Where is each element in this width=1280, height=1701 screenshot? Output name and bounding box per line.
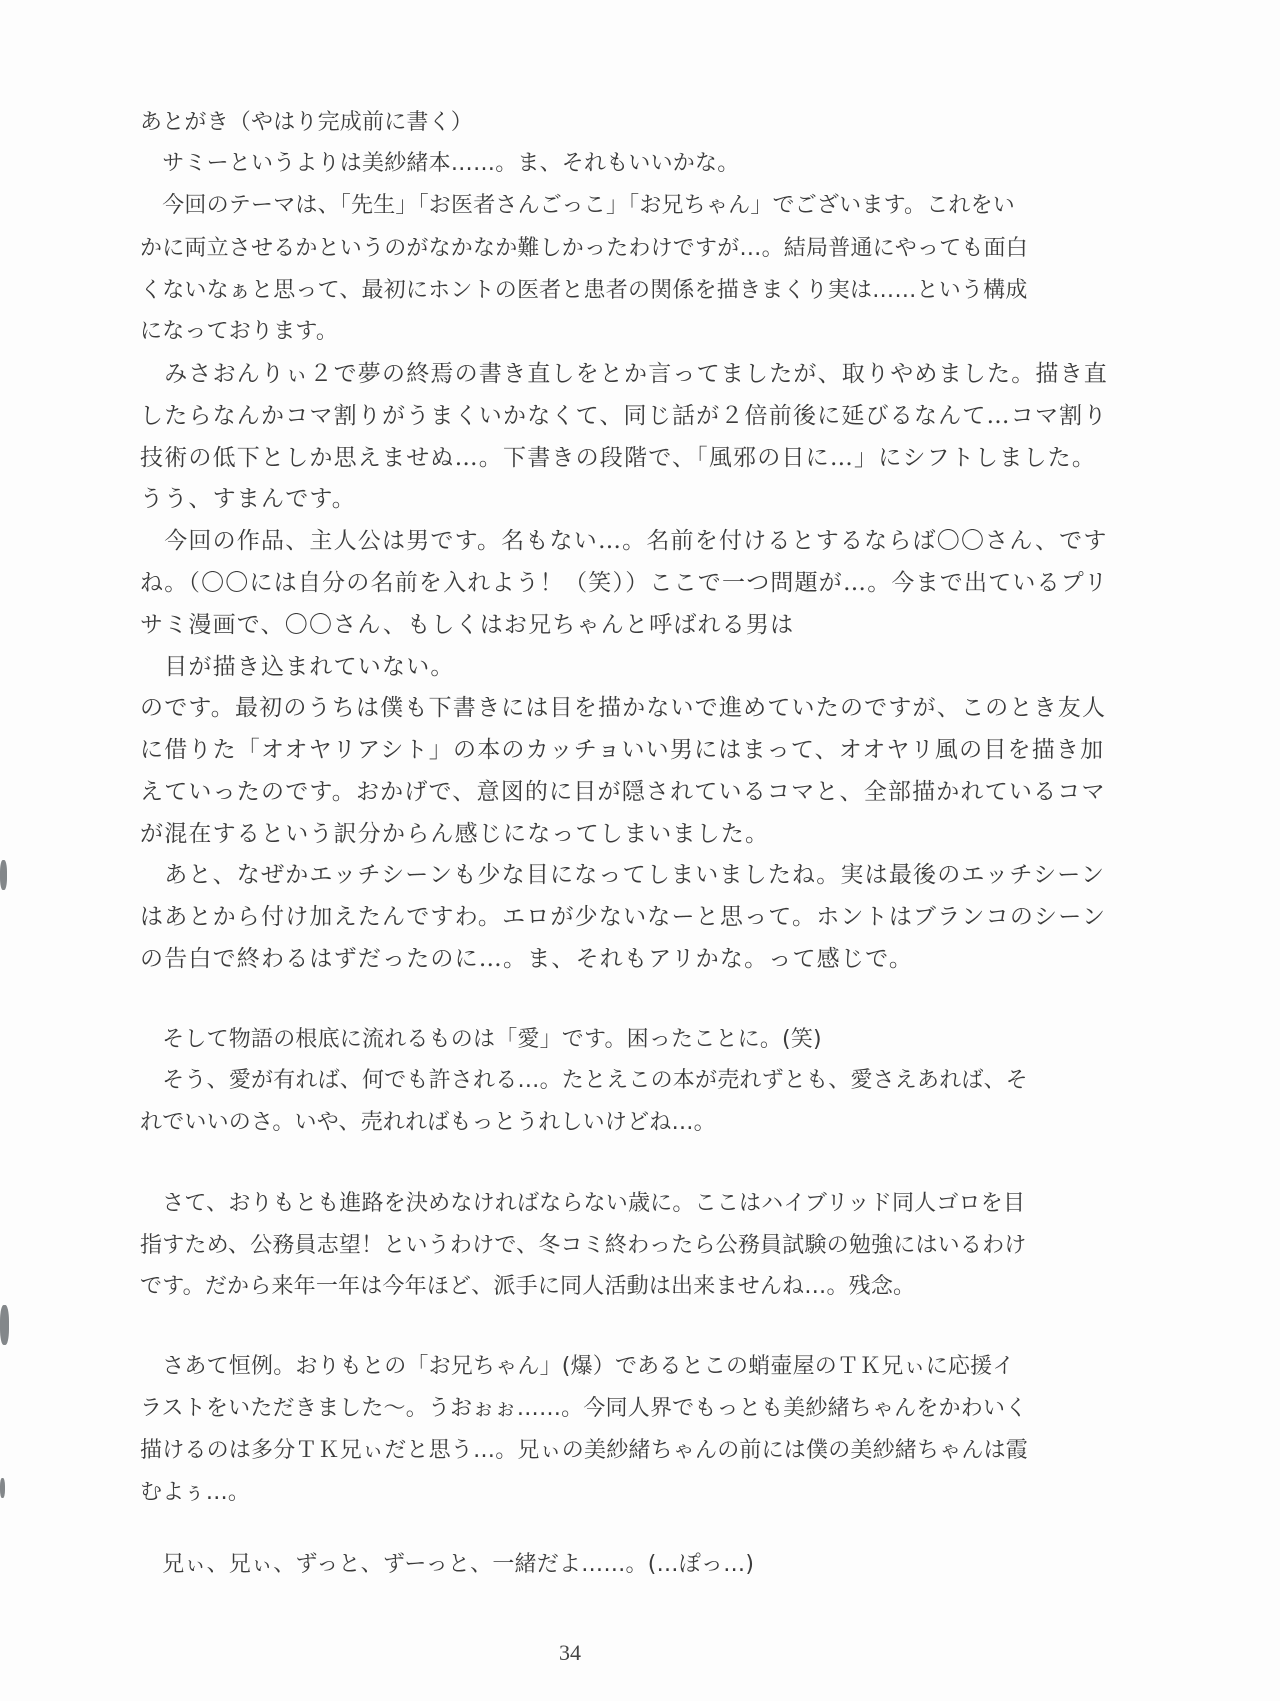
text-line: 指すため、公務員志望！というわけで、冬コミ終わったら公務員試験の勉強にはいるわけ (140, 1231, 1026, 1261)
text-line: の告白で終わるはずだったのに…。ま、それもアリかな。って感じで。 (140, 944, 913, 974)
text-line: サミ漫画で、〇〇さん、もしくはお兄ちゃんと呼ばれる男は (140, 610, 794, 640)
text-line: えていったのです。おかげで、意図的に目が隠されているコマと、全部描かれているコマ (140, 777, 1106, 807)
text-line: 兄ぃ、兄ぃ、ずっと、ずーっと、一緒だよ……。(…ぽっ…) (140, 1550, 754, 1580)
text-line: さあて恒例。おりもとの「お兄ちゃん」(爆）であるとこの蛸壷屋のＴＫ兄ぃに応援イ (140, 1352, 1015, 1382)
scanned-page: あとがき（やはり完成前に書く） サミーというよりは美紗緒本……。ま、それもいいか… (0, 0, 1280, 1701)
text-line: 今回のテーマは、「先生」「お医者さんごっこ」「お兄ちゃん」でございます。これをい (140, 191, 1015, 221)
text-line: 描けるのは多分ＴＫ兄ぃだと思う…。兄ぃの美紗緒ちゃんの前には僕の美紗緒ちゃんは霞 (140, 1436, 1028, 1466)
text-line: 今回の作品、主人公は男です。名もない…。名前を付けるとするならば〇〇さん、です (140, 526, 1108, 556)
text-line: あと、なぜかエッチシーンも少な目になってしまいましたね。実は最後のエッチシーン (140, 860, 1105, 890)
text-line: 技術の低下としか思えませぬ…。下書きの段階で、「風邪の日に…」にシフトしました。 (140, 443, 1096, 473)
afterword-title: あとがき（やはり完成前に書く） (140, 108, 473, 138)
text-line: はあとから付け加えたんですわ。エロが少ないなーと思って。ホントはブランコのシーン (140, 902, 1106, 932)
text-line: そう、愛が有れば、何でも許される…。たとえこの本が売れずとも、愛さえあれば、そ (140, 1066, 1028, 1096)
page-number: 34 (0, 1640, 1140, 1666)
text-line: ね。（〇〇には自分の名前を入れよう！（笑））ここで一つ問題が…。今まで出ているプ… (140, 568, 1108, 598)
text-line: みさおんりぃ２で夢の終焉の書き直しをとか言ってましたが、取りやめました。描き直 (140, 359, 1108, 389)
text-line: です。だから来年一年は今年ほど、派手に同人活動は出来ませんね…。残念。 (140, 1272, 915, 1302)
scan-artifact (0, 1478, 5, 1498)
text-line: うう、すまんです。 (140, 484, 356, 514)
text-line: したらなんかコマ割りがうまくいかなくて、同じ話が２倍前後に延びるなんて…コマ割り (140, 401, 1108, 431)
scan-artifact (0, 860, 7, 890)
text-line: ラストをいただきました～。うおぉぉ……。今同人界でもっとも美紗緒ちゃんをかわいく (140, 1394, 1027, 1424)
text-line: かに両立させるかというのがなかなか難しかったわけですが…。結局普通にやっても面白 (140, 234, 1028, 264)
text-line: くないなぁと思って、最初にホントの医者と患者の関係を描きまくり実は……という構成 (140, 276, 1028, 306)
text-line: になっております。 (140, 317, 338, 347)
text-line: 目が描き込まれていない。 (140, 652, 455, 682)
text-line: むよぅ…。 (140, 1478, 250, 1508)
text-line: れでいいのさ。いや、売れればもっとうれしいけどね…。 (140, 1108, 716, 1138)
text-line: さて、おりもとも進路を決めなければならない歳に。ここはハイブリッド同人ゴロを目 (140, 1189, 1025, 1219)
text-line: サミーというよりは美紗緒本……。ま、それもいいかな。 (140, 149, 739, 179)
text-line: のです。最初のうちは僕も下書きには目を描かないで進めていたのですが、このとき友人 (140, 693, 1106, 723)
text-line: そして物語の根底に流れるものは「愛」です。困ったことに。(笑) (140, 1025, 822, 1055)
scan-artifact (0, 1305, 9, 1345)
text-line: に借りた「オオヤリアシト」の本のカッチョいい男にはまって、オオヤリ風の目を描き加 (140, 735, 1104, 765)
text-line: が混在するという訳分からん感じになってしまいました。 (140, 819, 769, 849)
